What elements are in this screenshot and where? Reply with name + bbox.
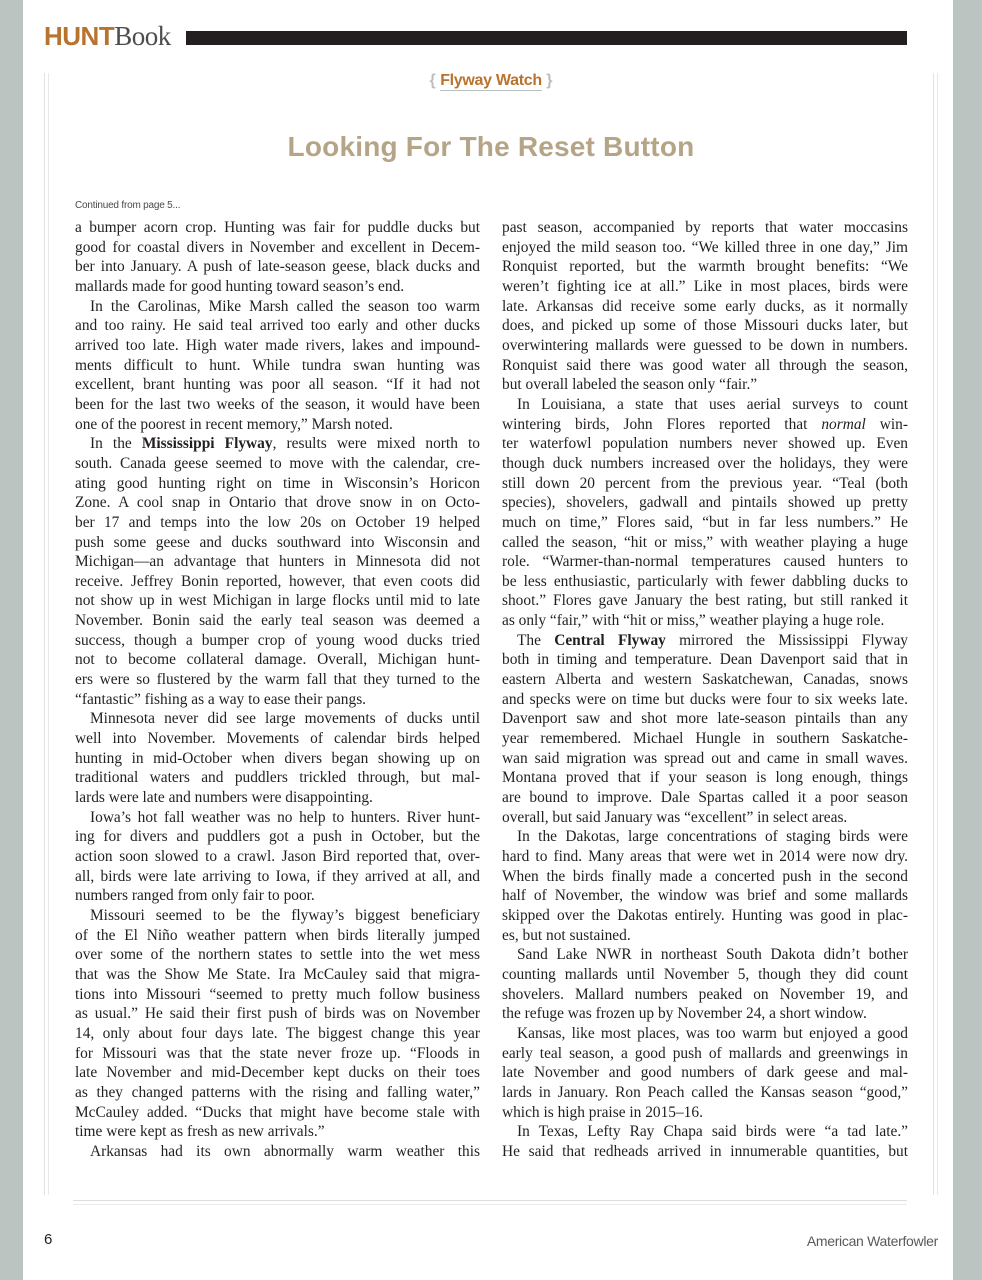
text-line: November. Bonin said the early teal seas… xyxy=(75,611,480,631)
text-line: In Louisiana, a state that uses aerial s… xyxy=(502,395,908,415)
text-line: eastern Alberta and western Saskatchewan… xyxy=(502,670,908,690)
right-page-margin xyxy=(953,0,982,1280)
text-line: over some of the northern states to sett… xyxy=(75,945,480,965)
text-line: early teal season, a good push of mallar… xyxy=(502,1044,908,1064)
text-line: time were kept as fresh as new arrivals.… xyxy=(75,1122,480,1142)
frame-line-right-inner xyxy=(933,73,934,1195)
text-run: In the xyxy=(90,435,142,452)
text-line: late November and mid-December kept duck… xyxy=(75,1063,480,1083)
text-line: push some geese and ducks southward into… xyxy=(75,533,480,553)
text-line: Kansas, like most places, was too warm b… xyxy=(502,1024,908,1044)
text-line: Zone. A cool snap in Ontario that drove … xyxy=(75,493,480,513)
text-line: He said that redheads arrived in innumer… xyxy=(502,1142,908,1162)
text-line: traditional waters and puddlers trickled… xyxy=(75,768,480,788)
bottom-rule-inner xyxy=(73,1204,907,1205)
text-line: Ronquist reported, but the warmth brough… xyxy=(502,257,908,277)
text-line: late. Arkansas did receive some early du… xyxy=(502,297,908,317)
text-line: not show up in west Michigan in large fl… xyxy=(75,591,480,611)
text-line: wintering birds, John Flores reported th… xyxy=(502,415,908,435)
text-line: lards were late and numbers were disappo… xyxy=(75,788,480,808)
text-run: mirrored the Mississippi Flyway xyxy=(666,632,908,649)
text-line: past season, accompanied by reports that… xyxy=(502,218,908,238)
text-line: In Texas, Lefty Ray Chapa said birds wer… xyxy=(502,1122,908,1142)
text-line: receive. Jeffrey Bonin reported, however… xyxy=(75,572,480,592)
text-line: as only “fair,” with “hit or miss,” weat… xyxy=(502,611,908,631)
text-line: not to become collateral damage. Overall… xyxy=(75,650,480,670)
text-line: good for coastal divers in November and … xyxy=(75,238,480,258)
text-line: arrived too late. High water made rivers… xyxy=(75,336,480,356)
text-line: lards in January. Ron Peach called the K… xyxy=(502,1083,908,1103)
text-line: overall, but said January was “excellent… xyxy=(502,808,908,828)
text-line: well into November. Movements of calenda… xyxy=(75,729,480,749)
left-page-margin xyxy=(0,0,23,1280)
text-line: one of the poorest in recent memory,” Ma… xyxy=(75,415,480,435)
text-line: Iowa’s hot fall weather was no help to h… xyxy=(75,808,480,828)
text-line: species), shovelers, gadwall and pintail… xyxy=(502,493,908,513)
bold-heading-term: Central Flyway xyxy=(554,632,666,649)
text-line: year remembered. Michael Hungle in south… xyxy=(502,729,908,749)
text-line: ating good hunting right on time in Wisc… xyxy=(75,474,480,494)
text-line: es, but not sustained. xyxy=(502,926,908,946)
text-line: south. Canada geese seemed to move with … xyxy=(75,454,480,474)
article-column-right: past season, accompanied by reports that… xyxy=(502,218,908,1162)
text-line: shoot.” Flores gave January the best rat… xyxy=(502,591,908,611)
text-line: all, birds were late arriving to Iowa, i… xyxy=(75,867,480,887)
text-line: success, though a bumper crop of young w… xyxy=(75,631,480,651)
text-line: the refuge was frozen up by November 24,… xyxy=(502,1004,908,1024)
text-line: late November and good numbers of dark g… xyxy=(502,1063,908,1083)
publication-name: American Waterfowler xyxy=(807,1232,938,1250)
section-tag: { Flyway Watch } xyxy=(0,70,982,92)
text-line: In the Carolinas, Mike Marsh called the … xyxy=(75,297,480,317)
brace-open: { xyxy=(430,72,436,89)
text-line: been for the last two weeks of the seaso… xyxy=(75,395,480,415)
text-line: Arkansas had its own abnormally warm wea… xyxy=(75,1142,480,1162)
text-line: and too rainy. He said teal arrived too … xyxy=(75,316,480,336)
text-line: In the Mississippi Flyway, results were … xyxy=(75,434,480,454)
text-run: wintering birds, John Flores reported th… xyxy=(502,416,821,433)
frame-line-left-inner xyxy=(48,73,49,1195)
bold-heading-term: Mississippi Flyway xyxy=(142,435,273,452)
text-line: which is high praise in 2015–16. xyxy=(502,1103,908,1123)
text-line: for Missouri was that the state never fr… xyxy=(75,1044,480,1064)
bottom-rule xyxy=(73,1200,907,1201)
text-run: win- xyxy=(866,416,908,433)
text-line: hard to find. Many areas that were wet i… xyxy=(502,847,908,867)
text-line: shovelers. Mallard numbers peaked on Nov… xyxy=(502,985,908,1005)
text-line: a bumper acorn crop. Hunting was fair fo… xyxy=(75,218,480,238)
page-number: 6 xyxy=(44,1231,52,1249)
text-line: ber into January. A push of late-season … xyxy=(75,257,480,277)
text-run: , results were mixed north to xyxy=(273,435,480,452)
text-run: The xyxy=(517,632,554,649)
continued-note: Continued from page 5... xyxy=(75,199,180,212)
text-line: When the birds finally made a concerted … xyxy=(502,867,908,887)
text-line: skipped over the Dakotas entirely. Hunti… xyxy=(502,906,908,926)
text-line: called the season, “hit or miss,” with w… xyxy=(502,533,908,553)
text-line: mallards made for good hunting toward se… xyxy=(75,277,480,297)
text-line: McCauley added. “Ducks that might have b… xyxy=(75,1103,480,1123)
text-line: Missouri seemed to be the flyway’s bigge… xyxy=(75,906,480,926)
text-line: Michigan—an advantage that hunters in Mi… xyxy=(75,552,480,572)
text-line: Sand Lake NWR in northeast South Dakota … xyxy=(502,945,908,965)
text-line: enjoyed the mild season too. “We killed … xyxy=(502,238,908,258)
text-line: overwintering mallards were guessed to b… xyxy=(502,336,908,356)
text-line: ers were so flustered by the warm fall t… xyxy=(75,670,480,690)
logo-book: Book xyxy=(114,21,171,51)
text-line: weren’t fighting ice at all.” Like in mo… xyxy=(502,277,908,297)
text-line: The Central Flyway mirrored the Mississi… xyxy=(502,631,908,651)
logo-hunt: HUNT xyxy=(44,21,114,51)
text-line: but overall labeled the season only “fai… xyxy=(502,375,908,395)
text-line: action soon slowed to a crawl. Jason Bir… xyxy=(75,847,480,867)
article-column-left: a bumper acorn crop. Hunting was fair fo… xyxy=(75,218,480,1162)
text-line: Montana proved that if your season is lo… xyxy=(502,768,908,788)
text-line: Ronquist said there was good water all t… xyxy=(502,356,908,376)
section-label: Flyway Watch xyxy=(440,72,542,91)
text-line: though duck numbers increased over the h… xyxy=(502,454,908,474)
text-line: numbers ranged from only fair to poor. xyxy=(75,886,480,906)
frame-line-left xyxy=(44,73,45,1195)
text-line: are bound to improve. Dale Spartas calle… xyxy=(502,788,908,808)
text-line: Davenport saw and shot more late-season … xyxy=(502,709,908,729)
text-line: In the Dakotas, large concentrations of … xyxy=(502,827,908,847)
text-line: “fantastic” fishing as a way to ease the… xyxy=(75,690,480,710)
text-line: as they changed patterns with the rising… xyxy=(75,1083,480,1103)
frame-line-right xyxy=(937,73,938,1195)
italic-term: normal xyxy=(821,416,865,433)
text-line: does, and picked up some of those Missou… xyxy=(502,316,908,336)
text-line: ing for divers and puddlers got a push i… xyxy=(75,827,480,847)
text-line: half of November, the window was brief a… xyxy=(502,886,908,906)
text-line: still down 20 percent from the previous … xyxy=(502,474,908,494)
text-line: ber 17 and temps into the low 20s on Oct… xyxy=(75,513,480,533)
text-line: both in timing and temperature. Dean Dav… xyxy=(502,650,908,670)
text-line: as usual.” He said their first push of b… xyxy=(75,1004,480,1024)
text-line: wan said migration was spread out and ca… xyxy=(502,749,908,769)
text-line: that was the Show Me State. Ira McCauley… xyxy=(75,965,480,985)
text-line: ter waterfowl population numbers never s… xyxy=(502,434,908,454)
brace-close: } xyxy=(546,72,552,89)
text-line: counting mallards until November 5, thou… xyxy=(502,965,908,985)
header-rule xyxy=(186,31,907,45)
text-line: ments difficult to hunt. While tundra sw… xyxy=(75,356,480,376)
huntbook-logo: HUNTBook xyxy=(44,20,171,52)
text-line: much on time,” Flores said, “but in far … xyxy=(502,513,908,533)
text-line: of the El Niño weather pattern when bird… xyxy=(75,926,480,946)
text-line: and specks were on time but ducks were f… xyxy=(502,690,908,710)
text-line: role. “Warmer-than-normal temperatures c… xyxy=(502,552,908,572)
text-line: hunting in mid-October when divers began… xyxy=(75,749,480,769)
text-line: be less enthusiastic, particularly with … xyxy=(502,572,908,592)
text-line: tions into Missouri “seemed to pretty mu… xyxy=(75,985,480,1005)
text-line: excellent, brant hunting was poor all se… xyxy=(75,375,480,395)
article-title: Looking For The Reset Button xyxy=(0,129,982,165)
text-line: 14, only about four days late. The bigge… xyxy=(75,1024,480,1044)
text-line: Minnesota never did see large movements … xyxy=(75,709,480,729)
